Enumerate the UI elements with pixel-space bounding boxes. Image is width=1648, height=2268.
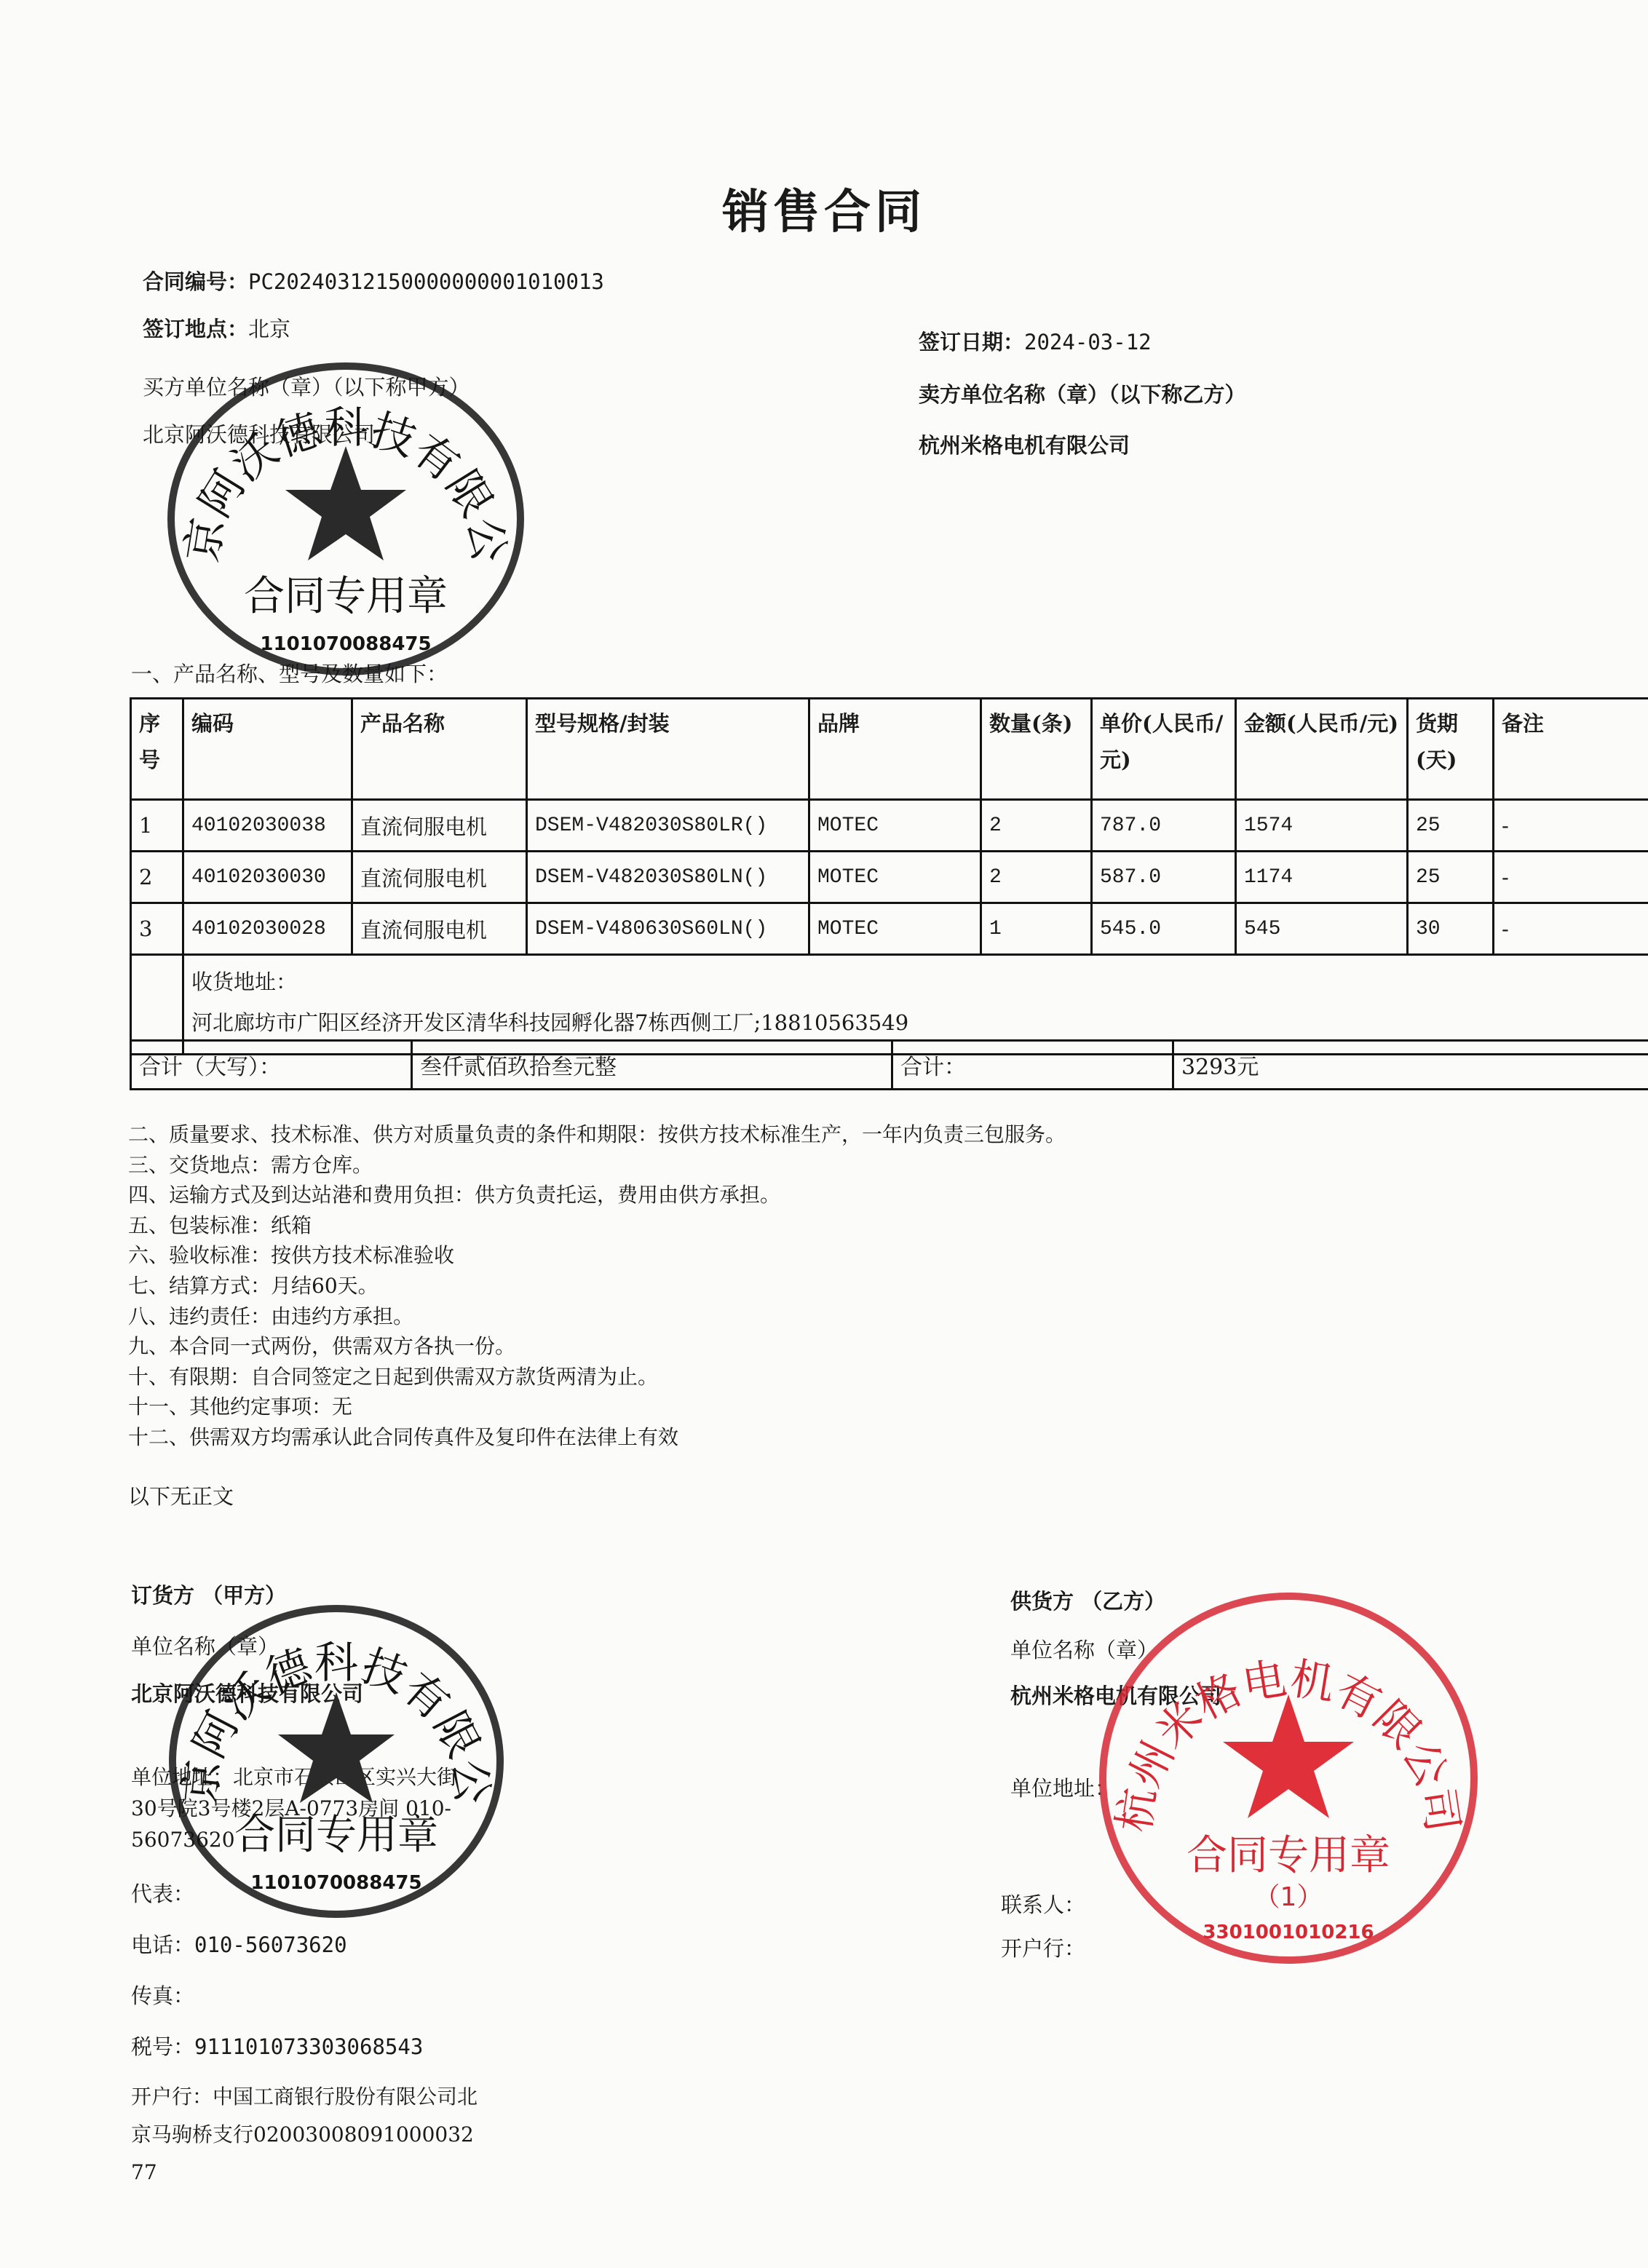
svg-text:1101070088475: 1101070088475 [250, 1872, 421, 1894]
svg-text:3301001010216: 3301001010216 [1203, 1922, 1374, 1943]
col-header-remarks: 备注 [1494, 699, 1648, 800]
contract-number: 合同编号：PC20240312150000000001010013 [143, 266, 604, 296]
cell-index: 2 [131, 852, 183, 903]
party-b-bank-label: 开户行： [1001, 1932, 1085, 1962]
term-item: 五、包装标准：纸箱 [128, 1210, 1066, 1241]
col-header-product: 产品名称 [352, 699, 527, 800]
cell-qty: 2 [981, 800, 1092, 852]
cell-amount: 545 [1236, 903, 1408, 955]
term-item: 六、验收标准：按供方技术标准验收 [128, 1240, 1066, 1271]
cell-lead-time: 25 [1408, 800, 1494, 852]
contract-number-value: PC20240312150000000001010013 [248, 269, 604, 294]
svg-text:1101070088475: 1101070088475 [260, 633, 431, 655]
cell-model: DSEM-V480630S60LN() [527, 903, 809, 955]
cell-index: 3 [131, 903, 183, 955]
term-item: 二、质量要求、技术标准、供方对质量负责的条件和期限：按供方技术标准生产，一年内负… [128, 1119, 1066, 1150]
cell-remarks: - [1494, 852, 1648, 903]
total-row: 合计（大写）： 叁仟贰佰玖拾叁元整 合计： 3293元 [131, 1041, 1648, 1090]
svg-text:（1）: （1） [1254, 1882, 1323, 1912]
total-upper-label: 合计（大写）： [131, 1041, 412, 1090]
sign-date-value: 2024-03-12 [1024, 330, 1152, 354]
party-b-address-label: 单位地址： [1010, 1772, 1116, 1802]
col-header-brand: 品牌 [809, 699, 981, 800]
delivery-address-label: 收货地址： [191, 961, 1648, 1002]
cell-brand: MOTEC [809, 800, 981, 852]
cell-product: 直流伺服电机 [352, 800, 527, 852]
term-item: 四、运输方式及到达站港和费用负担：供方负责托运，费用由供方承担。 [128, 1180, 1066, 1210]
cell-unit-price: 545.0 [1092, 903, 1236, 955]
party-a-fax-label: 传真： [131, 1980, 194, 2010]
cell-lead-time: 30 [1408, 903, 1494, 955]
term-item: 三、交货地点：需方仓库。 [128, 1150, 1066, 1181]
party-b-contact-label: 联系人： [1001, 1889, 1085, 1919]
star-icon [1223, 1694, 1354, 1818]
total-label: 合计： [892, 1041, 1173, 1090]
cell-code: 40102030028 [183, 903, 352, 955]
total-upper-value: 叁仟贰佰玖拾叁元整 [412, 1041, 892, 1090]
terms-list: 二、质量要求、技术标准、供方对质量负责的条件和期限：按供方技术标准生产，一年内负… [128, 1119, 1066, 1453]
seller-label: 卖方单位名称（章）（以下称乙方） [919, 378, 1246, 408]
party-a-rep-label: 代表： [131, 1878, 194, 1908]
cell-qty: 1 [981, 903, 1092, 955]
buyer-name: 北京阿沃德科技有限公司 [143, 419, 375, 448]
cell-model: DSEM-V482030S80LR() [527, 800, 809, 852]
seller-name: 杭州米格电机有限公司 [919, 429, 1130, 459]
cell-code: 40102030038 [183, 800, 352, 852]
cell-remarks: - [1494, 800, 1648, 852]
sign-place-value: 北京 [248, 317, 290, 341]
term-item: 八、违约责任：由违约方承担。 [128, 1301, 1066, 1332]
table-header-row: 序号 编码 产品名称 型号规格/封装 品牌 数量(条) 单价(人民币/元) 金额… [131, 699, 1648, 800]
party-a-phone-value: 010-56073620 [194, 1932, 347, 1957]
term-item: 十二、供需双方均需承认此合同传真件及复印件在法律上有效 [128, 1422, 1066, 1453]
sign-date-label: 签订日期： [919, 330, 1024, 354]
svg-text:合同专用章: 合同专用章 [244, 573, 448, 620]
cell-lead-time: 25 [1408, 852, 1494, 903]
seller-seal-graphic: 杭州米格电机有限公司 合同专用章 （1） 3301001010216 [1106, 1600, 1470, 1956]
party-a-bank: 开户行：中国工商银行股份有限公司北京马驹桥支行02003008091000032… [131, 2078, 480, 2192]
contract-number-label: 合同编号： [143, 269, 248, 294]
party-b-name: 杭州米格电机有限公司 [1010, 1680, 1221, 1710]
col-header-model: 型号规格/封装 [527, 699, 809, 800]
party-a-tax-label: 税号： [131, 2034, 194, 2059]
buyer-seal-graphic: 北京阿沃德科技有限公司 合同专用章 1101070088475 [175, 370, 517, 668]
sign-place: 签订地点：北京 [143, 313, 290, 343]
cell-product: 直流伺服电机 [352, 852, 527, 903]
col-header-index: 序号 [131, 699, 183, 800]
section-1-heading: 一、产品名称、型号及数量如下： [131, 658, 448, 688]
col-header-unit-price: 单价(人民币/元) [1092, 699, 1236, 800]
buyer-label: 买方单位名称（章）（以下称甲方） [143, 371, 470, 401]
party-a-address: 单位地址：北京市石景山区实兴大街30号院3号楼2层A-0773房间 010-56… [131, 1761, 480, 1855]
cell-remarks: - [1494, 903, 1648, 955]
party-b-name-label: 单位名称（章） [1010, 1634, 1158, 1664]
total-value: 3293元 [1173, 1041, 1648, 1090]
col-header-code: 编码 [183, 699, 352, 800]
table-row: 1 40102030038 直流伺服电机 DSEM-V482030S80LR()… [131, 800, 1648, 852]
term-item: 十、有限期：自合同签定之日起到供需双方款货两清为止。 [128, 1362, 1066, 1392]
cell-amount: 1174 [1236, 852, 1408, 903]
cell-product: 直流伺服电机 [352, 903, 527, 955]
party-a-bank-label: 开户行： [131, 2085, 213, 2109]
party-a-tax: 税号：91110107330306854З [131, 2031, 423, 2061]
cell-unit-price: 787.0 [1092, 800, 1236, 852]
party-b-heading: 供货方 （乙方） [1010, 1585, 1165, 1615]
party-a-phone-label: 电话： [131, 1932, 194, 1957]
party-a-heading: 订货方 （甲方） [131, 1579, 286, 1609]
sign-place-label: 签订地点： [143, 317, 248, 341]
cell-brand: MOTEC [809, 903, 981, 955]
table-row: 3 40102030028 直流伺服电机 DSEM-V480630S60LN()… [131, 903, 1648, 955]
end-note: 以下无正文 [128, 1480, 234, 1510]
cell-amount: 1574 [1236, 800, 1408, 852]
term-item: 七、结算方式：月结60天。 [128, 1271, 1066, 1301]
cell-code: 40102030030 [183, 852, 352, 903]
cell-qty: 2 [981, 852, 1092, 903]
party-a-phone: 电话：010-56073620 [131, 1929, 347, 1959]
cell-brand: MOTEC [809, 852, 981, 903]
party-a-tax-value: 91110107330306854З [194, 2034, 423, 2059]
sign-date: 签订日期：2024-03-12 [919, 326, 1152, 356]
total-table: 合计（大写）： 叁仟贰佰玖拾叁元整 合计： 3293元 [130, 1039, 1648, 1090]
col-header-amount: 金额(人民币/元) [1236, 699, 1408, 800]
col-header-qty: 数量(条) [981, 699, 1092, 800]
document-title: 销售合同 [0, 175, 1648, 242]
cell-model: DSEM-V482030S80LN() [527, 852, 809, 903]
cell-unit-price: 587.0 [1092, 852, 1236, 903]
table-row: 2 40102030030 直流伺服电机 DSEM-V482030S80LN()… [131, 852, 1648, 903]
buyer-contract-seal: 北京阿沃德科技有限公司 合同专用章 1101070088475 [167, 362, 524, 675]
svg-text:合同专用章: 合同专用章 [1187, 1832, 1390, 1879]
delivery-address: 河北廊坊市广阳区经济开发区清华科技园孵化器7栋西侧工厂;18810563549 [191, 1002, 1648, 1043]
party-a-name-label: 单位名称（章） [131, 1630, 279, 1660]
col-header-lead-time: 货期(天) [1408, 699, 1494, 800]
party-a-name: 北京阿沃德科技有限公司 [131, 1678, 363, 1708]
cell-index: 1 [131, 800, 183, 852]
party-a-address-label: 单位地址： [131, 1765, 233, 1789]
term-item: 十一、其他约定事项：无 [128, 1392, 1066, 1422]
product-table: 序号 编码 产品名称 型号规格/封装 品牌 数量(条) 单价(人民币/元) 金额… [130, 697, 1648, 1055]
star-icon [285, 446, 406, 560]
term-item: 九、本合同一式两份，供需双方各执一份。 [128, 1331, 1066, 1362]
